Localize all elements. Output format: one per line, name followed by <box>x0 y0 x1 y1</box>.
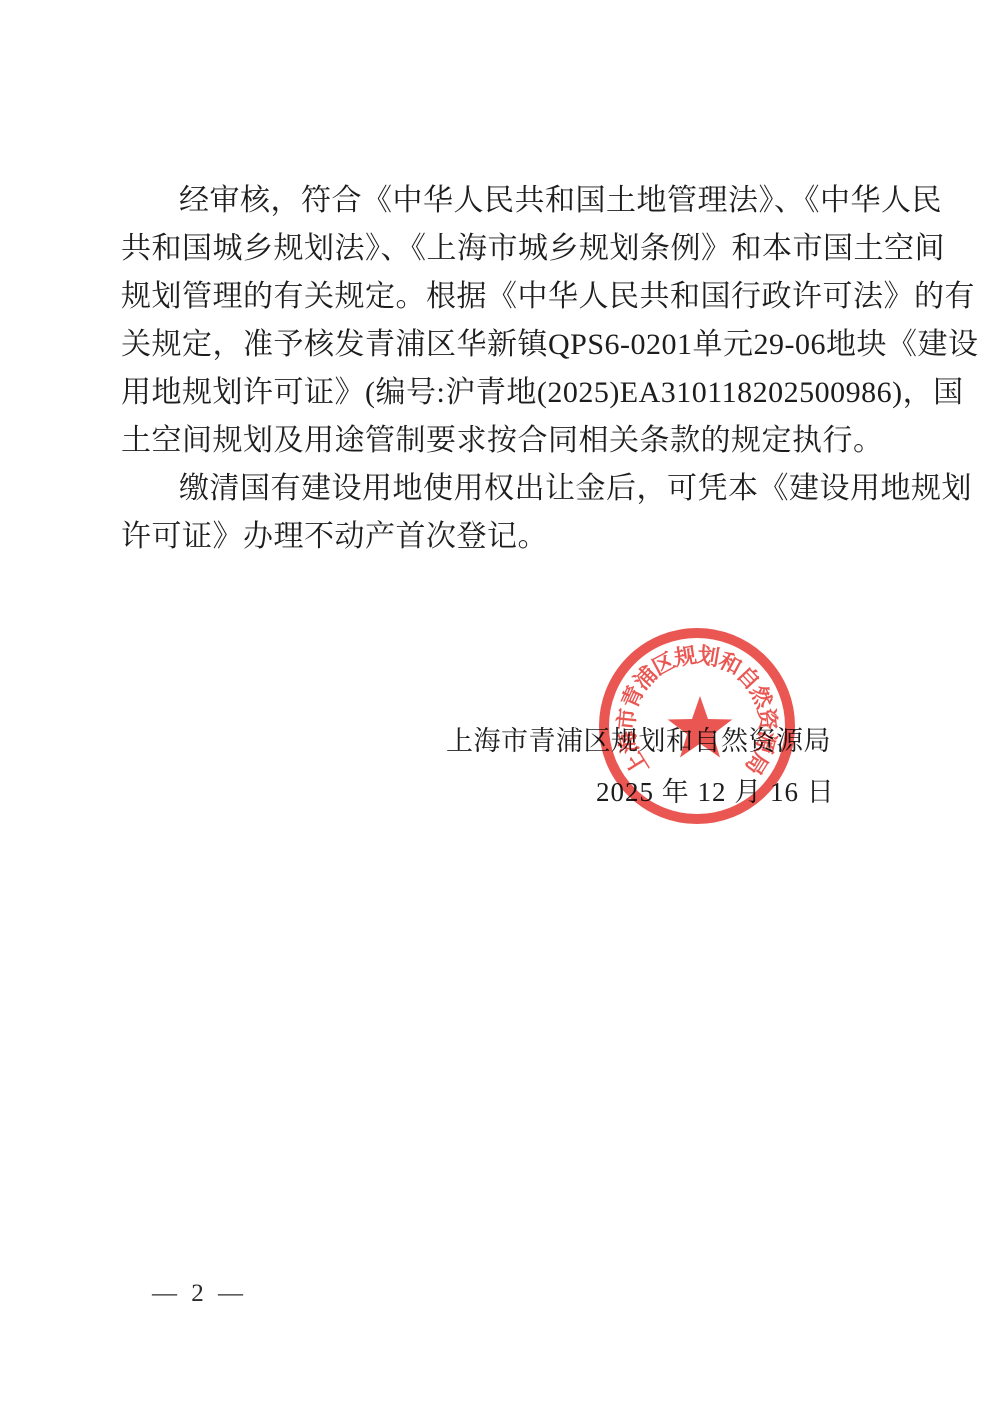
text-line: 关规定，准予核发青浦区华新镇QPS6-0201单元29-06地块《建设 <box>121 321 874 369</box>
text-line: 用地规划许可证》(编号:沪青地(2025)EA310118202500986)，… <box>121 369 874 417</box>
seal-star-icon <box>668 696 733 758</box>
seal-text-char: 海 <box>613 728 643 756</box>
document-body: 经审核，符合《中华人民共和国土地管理法》、《中华人民 共和国城乡规划法》、《上海… <box>121 177 874 561</box>
official-seal: 上海市青浦区规划和自然资源局 <box>595 627 801 829</box>
paragraph: 经审核，符合《中华人民共和国土地管理法》、《中华人民 共和国城乡规划法》、《上海… <box>121 177 874 465</box>
paragraph: 缴清国有建设用地使用权出让金后，可凭本《建设用地规划 许可证》办理不动产首次登记… <box>121 465 874 561</box>
page-number: — 2 — <box>152 1280 247 1308</box>
document-page: 经审核，符合《中华人民共和国土地管理法》、《中华人民 共和国城乡规划法》、《上海… <box>0 0 992 1403</box>
text-line: 缴清国有建设用地使用权出让金后，可凭本《建设用地规划 <box>121 465 874 513</box>
text-line: 共和国城乡规划法》、《上海市城乡规划条例》和本市国土空间 <box>121 225 874 273</box>
text-line: 土空间规划及用途管制要求按合同相关条款的规定执行。 <box>121 417 874 465</box>
text-line: 许可证》办理不动产首次登记。 <box>121 513 874 561</box>
text-line: 规划管理的有关规定。根据《中华人民共和国行政许可法》的有 <box>121 273 874 321</box>
seal-text-char: 规 <box>673 642 699 670</box>
text-line: 经审核，符合《中华人民共和国土地管理法》、《中华人民 <box>121 177 874 225</box>
